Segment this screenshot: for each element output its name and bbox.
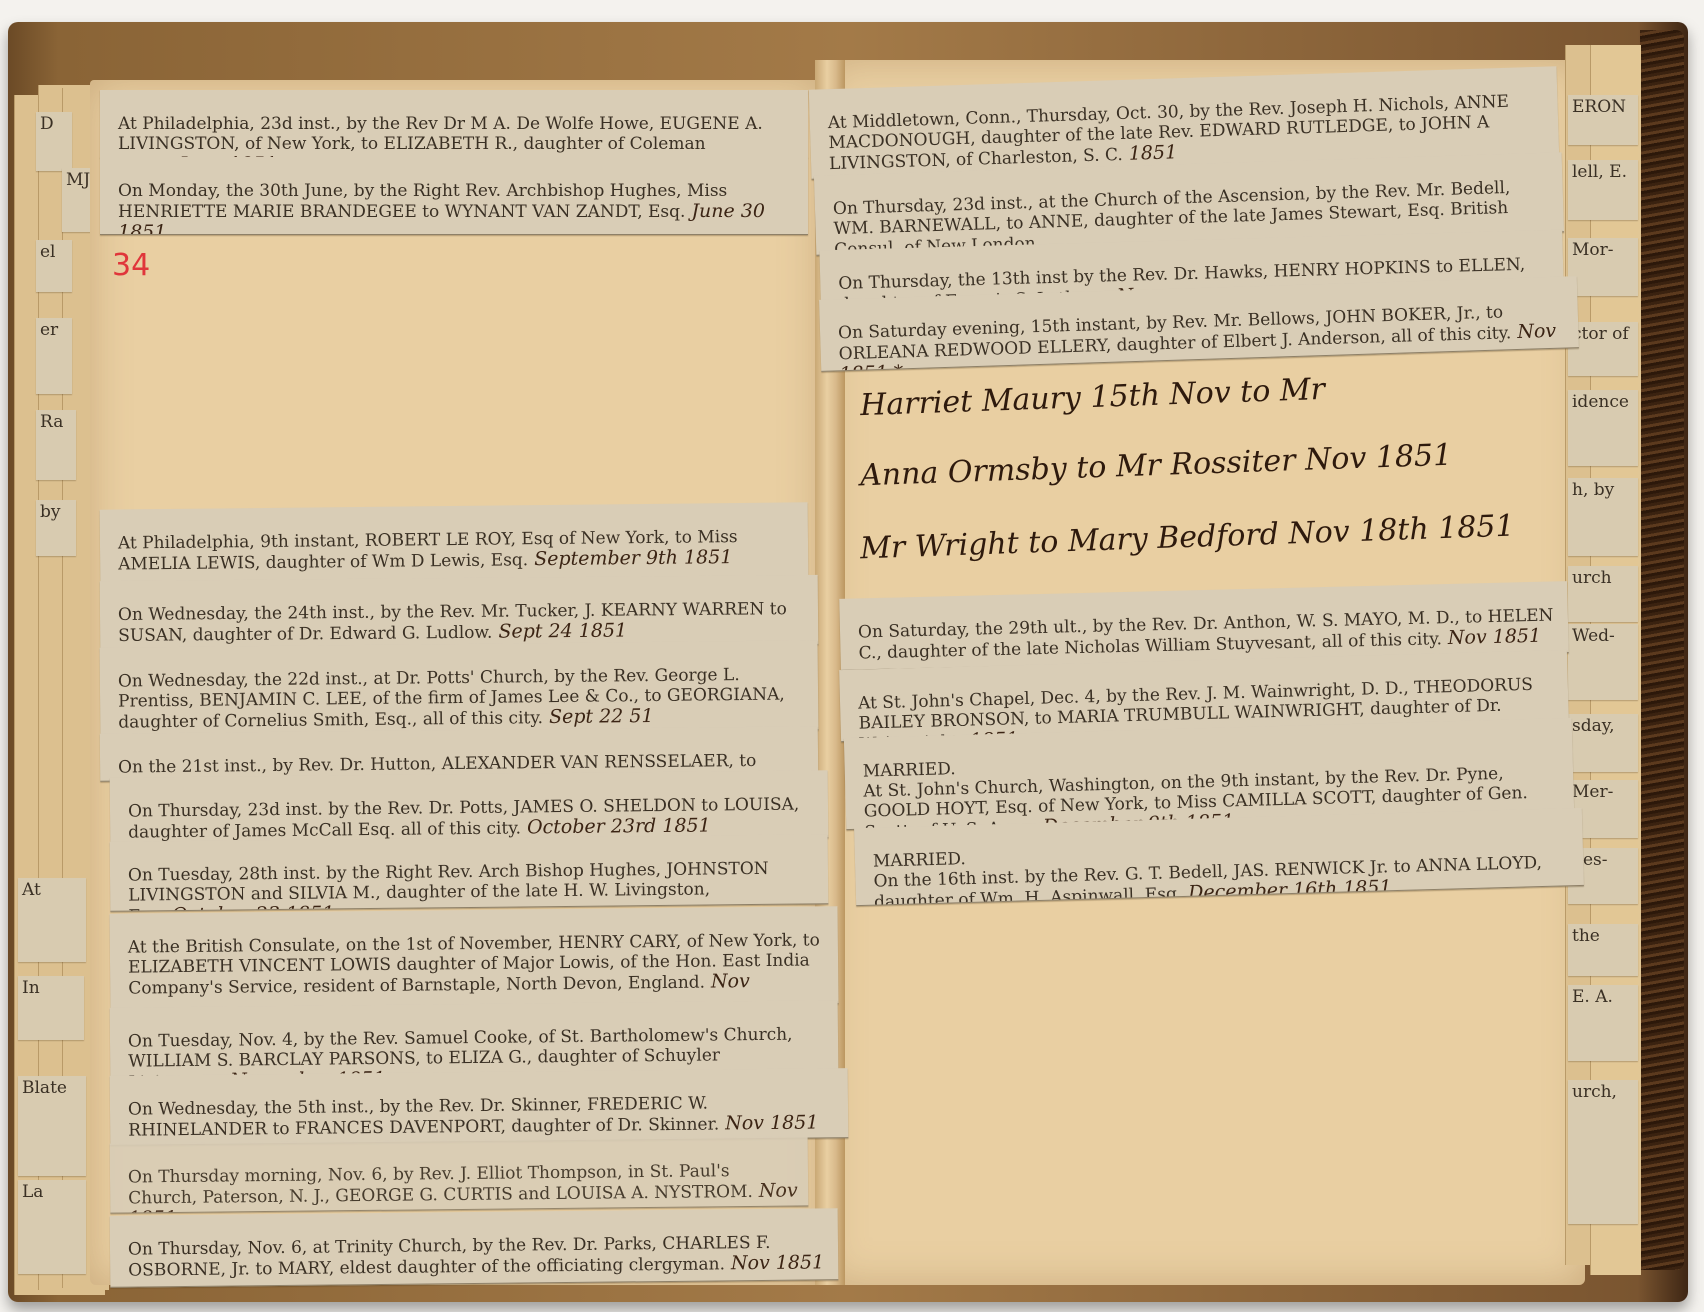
clipping-text: On Wednesday, the 24th inst., by the Rev…	[118, 599, 787, 646]
edge-fragment-left: Ra	[36, 410, 76, 480]
clipping-annotation: Sept 22 51	[549, 705, 654, 728]
edge-fragment-right: h, by	[1568, 478, 1638, 556]
clipping-text: On Thursday morning, Nov. 6, by Rev. J. …	[128, 1161, 753, 1208]
clipping: On Monday, the 30th June, by the Right R…	[100, 157, 808, 235]
edge-fragment-right: sday,	[1568, 714, 1638, 772]
edge-fragment-right: the	[1568, 924, 1638, 976]
clipping-annotation: Nov 1851	[731, 1251, 824, 1274]
page-number-left: 34	[112, 248, 150, 283]
clipping: On Tuesday, 28th inst. by the Right Rev.…	[110, 834, 829, 912]
edge-fragment-left: In	[18, 976, 84, 1040]
clipping: On Thursday, Nov. 6, at Trinity Church, …	[110, 1208, 839, 1288]
clipping: On Tuesday, Nov. 4, by the Rev. Samuel C…	[110, 1000, 839, 1078]
edge-fragment-right: urch,	[1568, 1080, 1638, 1224]
edge-fragment-right: ctor of	[1568, 322, 1638, 376]
edge-fragment-left: La	[18, 1180, 86, 1274]
clipping-text: On Monday, the 30th June, by the Right R…	[118, 181, 727, 222]
edge-fragment-left: el	[36, 240, 72, 292]
book-spine-edge	[1640, 30, 1684, 1270]
clipping: On Wednesday, the 24th inst., by the Rev…	[100, 575, 819, 651]
clipping: On Wednesday, the 22d inst., at Dr. Pott…	[100, 640, 819, 738]
edge-fragment-right: ERON	[1568, 95, 1638, 145]
clipping-annotation: Sept 24 1851	[498, 620, 627, 643]
clipping-text: On Wednesday, the 5th inst., by the Rev.…	[128, 1094, 719, 1141]
clipping-annotation: Nov	[711, 970, 750, 992]
edge-fragment-right: lell, E.	[1568, 160, 1638, 220]
edge-fragment-left: Blate	[18, 1076, 86, 1176]
clipping: At Philadelphia, 23d inst., by the Rev D…	[100, 90, 808, 158]
clipping-annotation: September 9th 1851	[534, 546, 732, 570]
edge-fragment-left: D	[36, 112, 72, 171]
edge-fragment-right: urch	[1568, 566, 1638, 622]
clipping-annotation: Nov 1851	[725, 1111, 818, 1134]
edge-fragment-right: idence	[1568, 390, 1638, 466]
edge-fragment-left: by	[36, 500, 76, 556]
clipping-text: At Philadelphia, 23d inst., by the Rev D…	[118, 114, 763, 158]
clipping: On Wednesday, the 5th inst., by the Rev.…	[110, 1068, 849, 1146]
clipping-annotation: Nov 1851	[1448, 625, 1542, 649]
edge-fragment-left: At	[18, 878, 86, 962]
clipping-annotation: 1851	[1128, 141, 1177, 165]
clipping-text: On Thursday, Nov. 6, at Trinity Church, …	[128, 1233, 771, 1281]
edge-fragment-right: Mor-	[1568, 238, 1638, 296]
edge-fragment-right: E. A.	[1568, 985, 1638, 1061]
clipping: On Thursday morning, Nov. 6, by Rev. J. …	[110, 1136, 809, 1213]
clipping-text: On Wednesday, the 22d inst., at Dr. Pott…	[118, 665, 785, 733]
clipping: At Philadelphia, 9th instant, ROBERT LE …	[100, 502, 809, 585]
clipping: At the British Consulate, on the 1st of …	[110, 906, 839, 1012]
edge-fragment-right: Wed-	[1568, 624, 1638, 700]
edge-fragment-left: er	[36, 318, 72, 394]
